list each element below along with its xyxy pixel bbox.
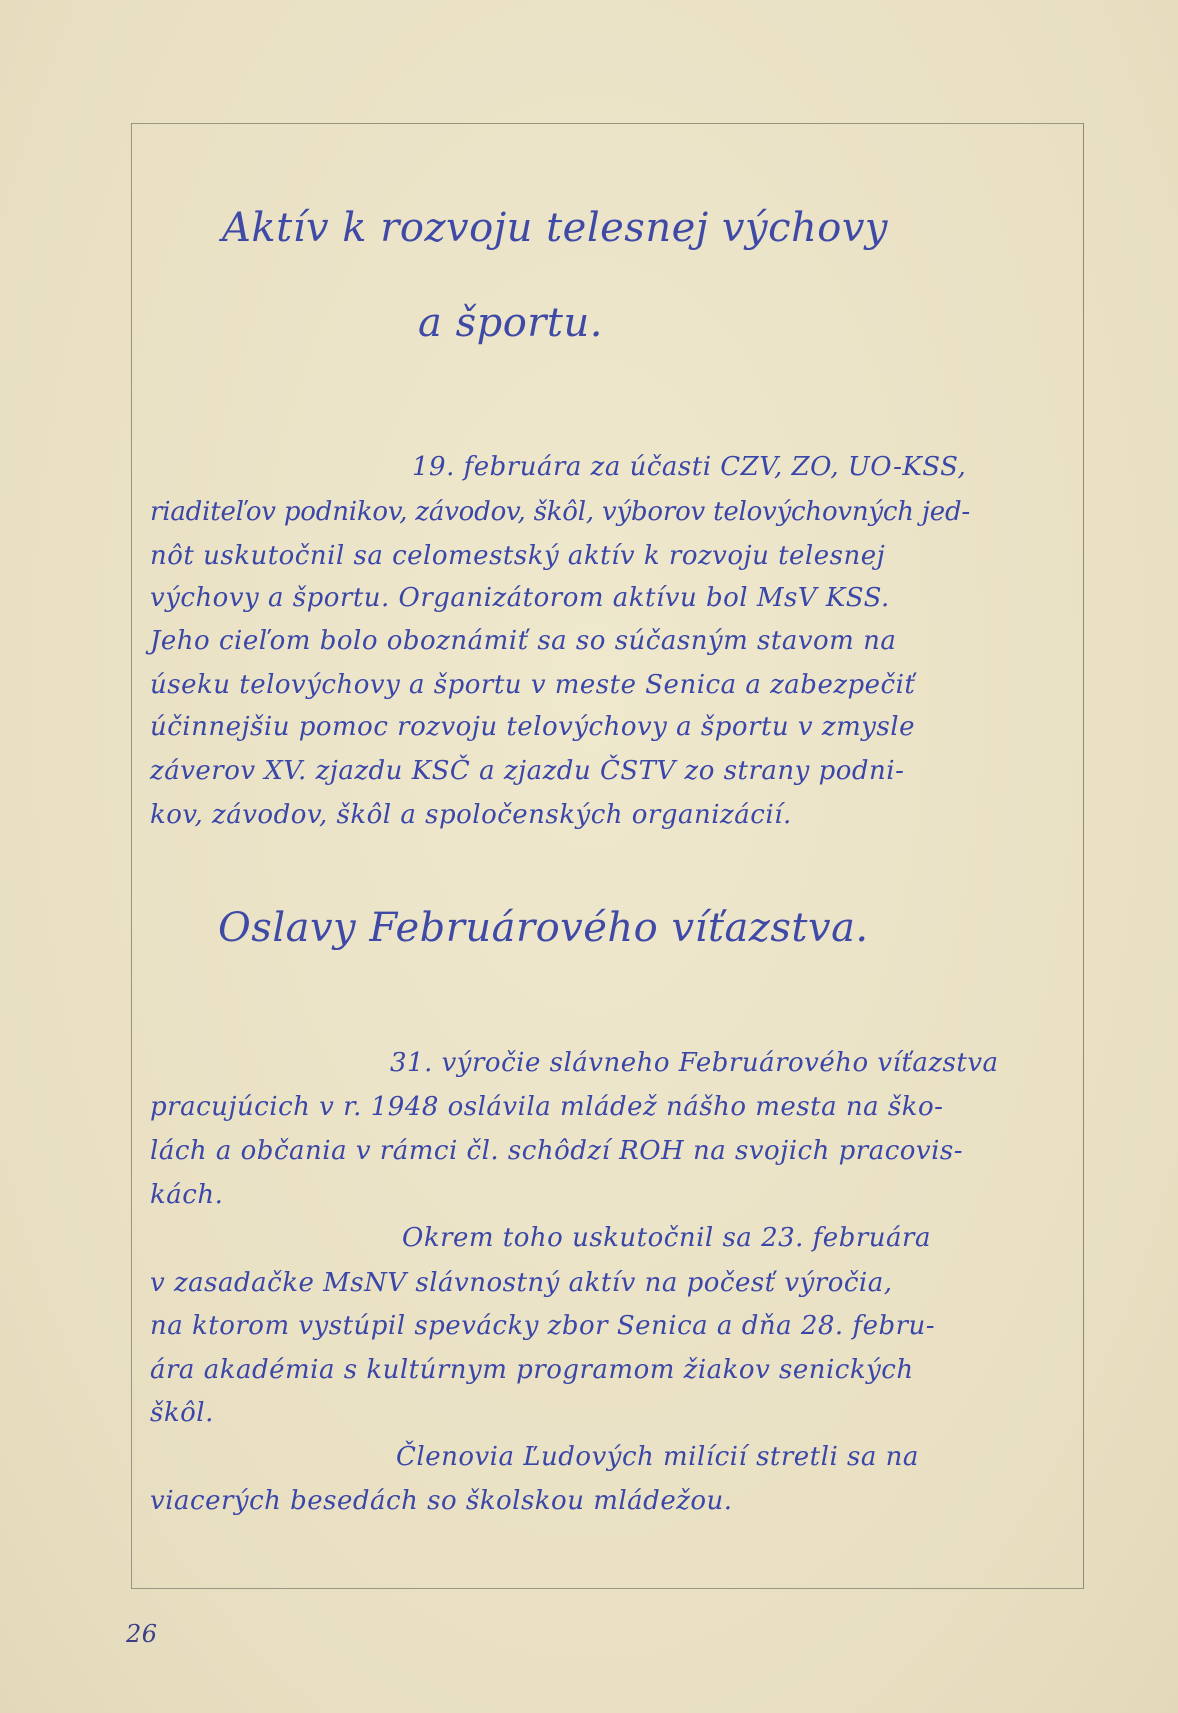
paragraph-line: ára akadémia s kultúrnym programom žiako…	[150, 1355, 914, 1385]
paragraph-line: viacerých besedách so školskou mládežou.	[150, 1486, 733, 1516]
section1-title-line2: a športu.	[418, 300, 603, 346]
page-number: 26	[126, 1620, 158, 1648]
paragraph-line: nôt uskutočnil sa celomestský aktív k ro…	[150, 541, 885, 571]
paragraph-line: v zasadačke MsNV slávnostný aktív na poč…	[150, 1268, 893, 1298]
paragraph-line: na ktorom vystúpil spevácky zbor Senica …	[150, 1311, 935, 1341]
paragraph-line: Jeho cieľom bolo oboznámiť sa so súčasný…	[150, 626, 896, 656]
section1-title-line1: Aktív k rozvoju telesnej výchovy	[222, 205, 888, 251]
section2-title: Oslavy Februárového víťazstva.	[218, 905, 869, 951]
paragraph-line: kov, závodov, škôl a spoločenských organ…	[150, 800, 792, 830]
paragraph-line: 31. výročie slávneho Februárového víťazs…	[390, 1048, 999, 1078]
paragraph-line: 19. februára za účasti CZV, ZO, UO-KSS,	[412, 452, 966, 482]
paragraph-line: Členovia Ľudových milícií stretli sa na	[396, 1442, 919, 1472]
paragraph-line: pracujúcich v r. 1948 oslávila mládež ná…	[150, 1092, 943, 1122]
paragraph-line: kách.	[150, 1180, 223, 1210]
paragraph-line: riaditeľov podnikov, závodov, škôl, výbo…	[150, 497, 970, 527]
paragraph-line: výchovy a športu. Organizátorom aktívu b…	[150, 583, 890, 613]
paragraph-line: škôl.	[150, 1398, 214, 1428]
paragraph-line: úseku telovýchovy a športu v meste Senic…	[150, 670, 915, 700]
paragraph-line: lách a občania v rámci čl. schôdzí ROH n…	[150, 1136, 963, 1166]
paragraph-line: Okrem toho uskutočnil sa 23. februára	[402, 1223, 931, 1253]
paragraph-line: záverov XV. zjazdu KSČ a zjazdu ČSTV zo …	[150, 756, 904, 786]
paragraph-line: účinnejšiu pomoc rozvoju telovýchovy a š…	[150, 712, 915, 742]
